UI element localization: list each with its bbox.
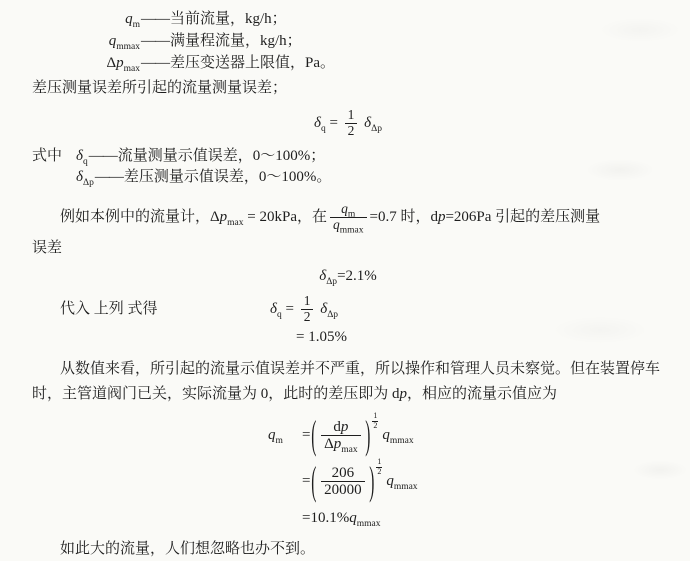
symbol-qm: qm — [78, 8, 140, 30]
where-row: δΔp —— 差压测量示值误差，0～100%。 — [32, 167, 664, 188]
symbol-qmmax: qmmax — [386, 473, 417, 490]
symbol-definition-list: qm —— 当前流量，kg/h； qmmax —— 满量程流量，kg/h； Δp… — [32, 8, 664, 74]
where-row: 式中 δq —— 流量测量示值误差，0～100%； — [32, 146, 664, 167]
exponent-one-half: 12 — [376, 458, 382, 477]
fraction-dp-over-dpmax: dpΔpmax — [321, 419, 361, 453]
derivation-block: qm = ( dpΔpmax ) 12 qmmax = ( 20620000 )… — [268, 413, 664, 531]
symbol-qmmax: qmmax — [382, 427, 413, 444]
exponent-one-half: 12 — [372, 412, 378, 431]
equation-line: δq = 12 δΔp — [270, 292, 347, 326]
symbol-qmmax: qmmax — [78, 30, 140, 52]
definition-dash: —— — [140, 52, 170, 74]
definition-row: qm —— 当前流量，kg/h； — [78, 8, 664, 30]
definition-row: qmmax —— 满量程流量，kg/h； — [78, 30, 664, 52]
inline-fraction-qm-over-qmmax: qmqmmax — [330, 202, 367, 233]
definition-text: 当前流量，kg/h； — [170, 8, 287, 30]
equation-half-rule: δq = 12 δΔp — [32, 108, 664, 139]
fraction-206-over-20000: 20620000 — [321, 465, 365, 499]
fraction-one-half: 12 — [345, 108, 358, 139]
symbol-delta-dp: δΔp — [76, 167, 94, 188]
derivation-line-3: =10.1%qmmax — [268, 507, 664, 531]
definition-dash: —— — [140, 8, 170, 30]
equation-delta-dp-value: δΔp=2.1% — [32, 265, 664, 287]
definition-dash: —— — [140, 30, 170, 52]
where-text: 差压测量示值误差，0～100%。 — [124, 167, 332, 188]
substitution-label: 代入 上列 式得 — [32, 292, 270, 348]
symbol-dpmax-inline: Δpmax — [210, 209, 244, 225]
symbol-qmmax: qmmax — [349, 510, 380, 527]
where-text: 流量测量示值误差，0～100%； — [118, 146, 326, 167]
symbol-dpmax: Δpmax — [78, 52, 140, 74]
definition-text: 满量程流量，kg/h； — [170, 30, 302, 52]
observation-paragraph: 从数值来看，所引起的流量示值误差并不严重，所以操作和管理人员未察觉。但在装置停车… — [32, 357, 664, 407]
intro-paragraph: 差压测量误差所引起的流量测量误差； — [32, 77, 664, 99]
closing-paragraph: 如此大的流量，人们想忽略也办不到。 — [32, 538, 664, 560]
derivation-line-2: = ( 20620000 ) 12 qmmax — [268, 459, 664, 505]
example-paragraph: 例如本例中的流量计，Δpmax = 20kPa，在qmqmmax=0.7 时，d… — [32, 196, 664, 238]
left-paren: ( — [311, 412, 318, 459]
right-paren: ) — [368, 458, 375, 505]
substitution-equations: δq = 12 δΔp = 1.05% — [270, 292, 347, 348]
right-paren: ) — [364, 412, 371, 459]
equation-result: = 1.05% — [270, 326, 347, 348]
left-paren: ( — [311, 458, 318, 505]
definition-text: 差压变送器上限值，Pa。 — [170, 52, 335, 74]
fraction-one-half: 12 — [301, 294, 314, 325]
derivation-line-1: qm = ( dpΔpmax ) 12 qmmax — [268, 413, 664, 459]
where-label: 式中 — [32, 146, 76, 167]
definition-row: Δpmax —— 差压变送器上限值，Pa。 — [78, 52, 664, 74]
where-clause: 式中 δq —— 流量测量示值误差，0～100%； δΔp —— 差压测量示值误… — [32, 146, 664, 188]
symbol-delta-q: δq — [76, 146, 88, 167]
example-paragraph-continuation: 误差 — [32, 238, 664, 258]
substitution-block: 代入 上列 式得 δq = 12 δΔp = 1.05% — [32, 292, 664, 348]
document-page: qm —— 当前流量，kg/h； qmmax —— 满量程流量，kg/h； Δp… — [0, 0, 690, 561]
symbol-qm: qm — [268, 427, 302, 444]
